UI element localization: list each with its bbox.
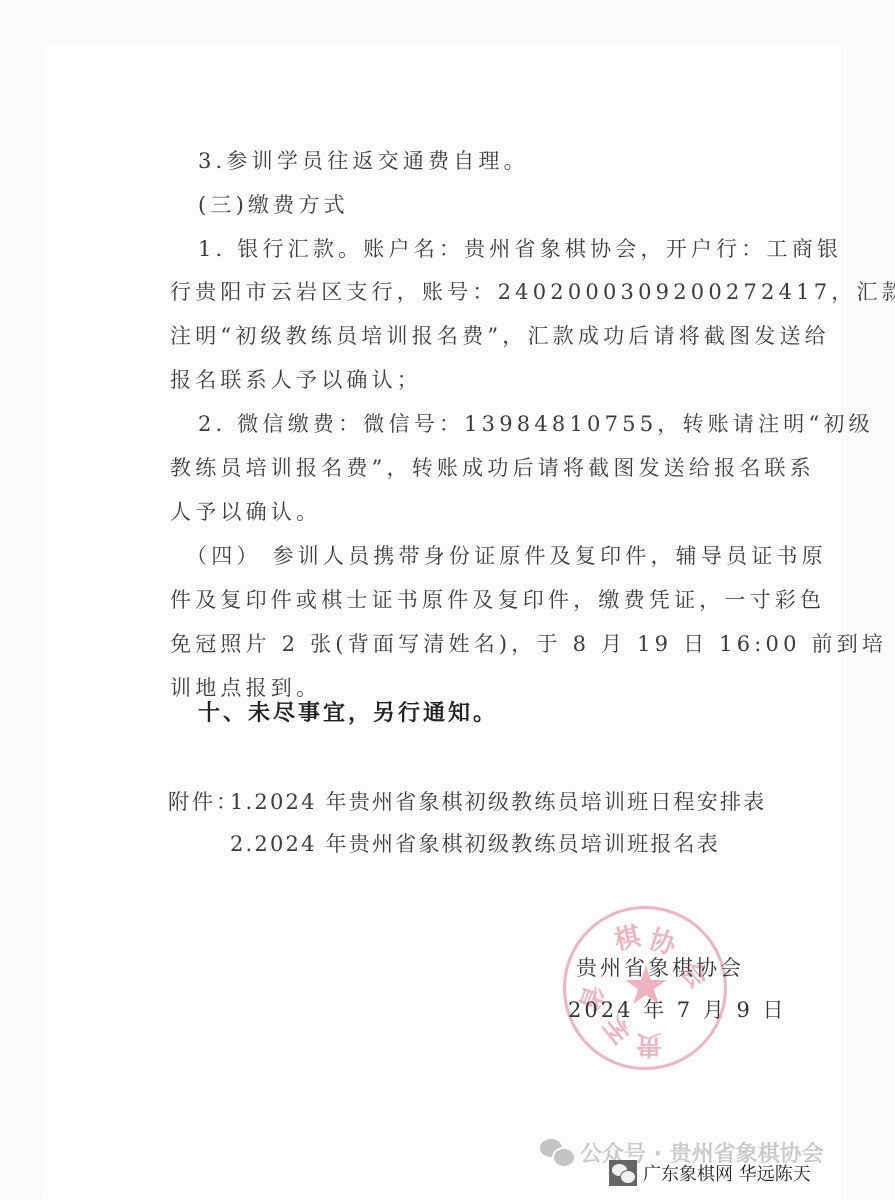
overlay-caption-text: 广东象棋网 华远陈天 bbox=[643, 1160, 811, 1186]
attachment-item: 2.2024 年贵州省象棋初级教练员培训班报名表 bbox=[230, 828, 720, 858]
text-line: 人予以确认。 bbox=[170, 496, 321, 526]
text-line: （四） 参训人员携带身份证原件及复印件，辅导员证书原 bbox=[186, 540, 827, 570]
text-line: 免冠照片 2 张(背面写清姓名)，于 8 月 19 日 16:00 前到培 bbox=[170, 628, 887, 658]
overlay-caption: 广东象棋网 华远陈天 bbox=[609, 1160, 811, 1186]
text-line: 2. 微信缴费：微信号：13984810755，转账请注明“初级 bbox=[198, 408, 874, 438]
wechat-icon bbox=[609, 1160, 637, 1186]
section-heading-payment: (三)缴费方式 bbox=[198, 189, 349, 219]
text-line: 注明“初级教练员培训报名费”，汇款成功后请将截图发送给 bbox=[170, 320, 830, 350]
wechat-icon bbox=[540, 1139, 574, 1165]
text-line: 行贵阳市云岩区支行，账号：240200030920027241​7，汇款请 bbox=[170, 276, 895, 306]
signature-organization: 贵州省象棋协会 bbox=[576, 952, 744, 982]
text-line: 报名联系人予以确认； bbox=[170, 364, 422, 394]
text-line: 教练员培训报名费”，转账成功后请将截图发送给报名联系 bbox=[170, 452, 815, 482]
section-ten-heading: 十、未尽事宜，另行通知。 bbox=[198, 696, 498, 727]
text-line: 3.参训学员往返交通费自理。 bbox=[198, 145, 529, 175]
document-page bbox=[42, 44, 842, 1200]
text-line: 1. 银行汇款。账户名：贵州省象棋协会，开户行：工商银 bbox=[198, 233, 842, 263]
attachment-item: 1.2024 年贵州省象棋初级教练员培训班日程安排表 bbox=[230, 786, 766, 816]
signature-date: 2024 年 7 月 9 日 bbox=[568, 994, 787, 1024]
seal-char: 贵 bbox=[636, 1028, 662, 1065]
text-line: 件及复印件或棋士证书原件及复印件，缴费凭证，一寸彩色 bbox=[170, 584, 825, 614]
